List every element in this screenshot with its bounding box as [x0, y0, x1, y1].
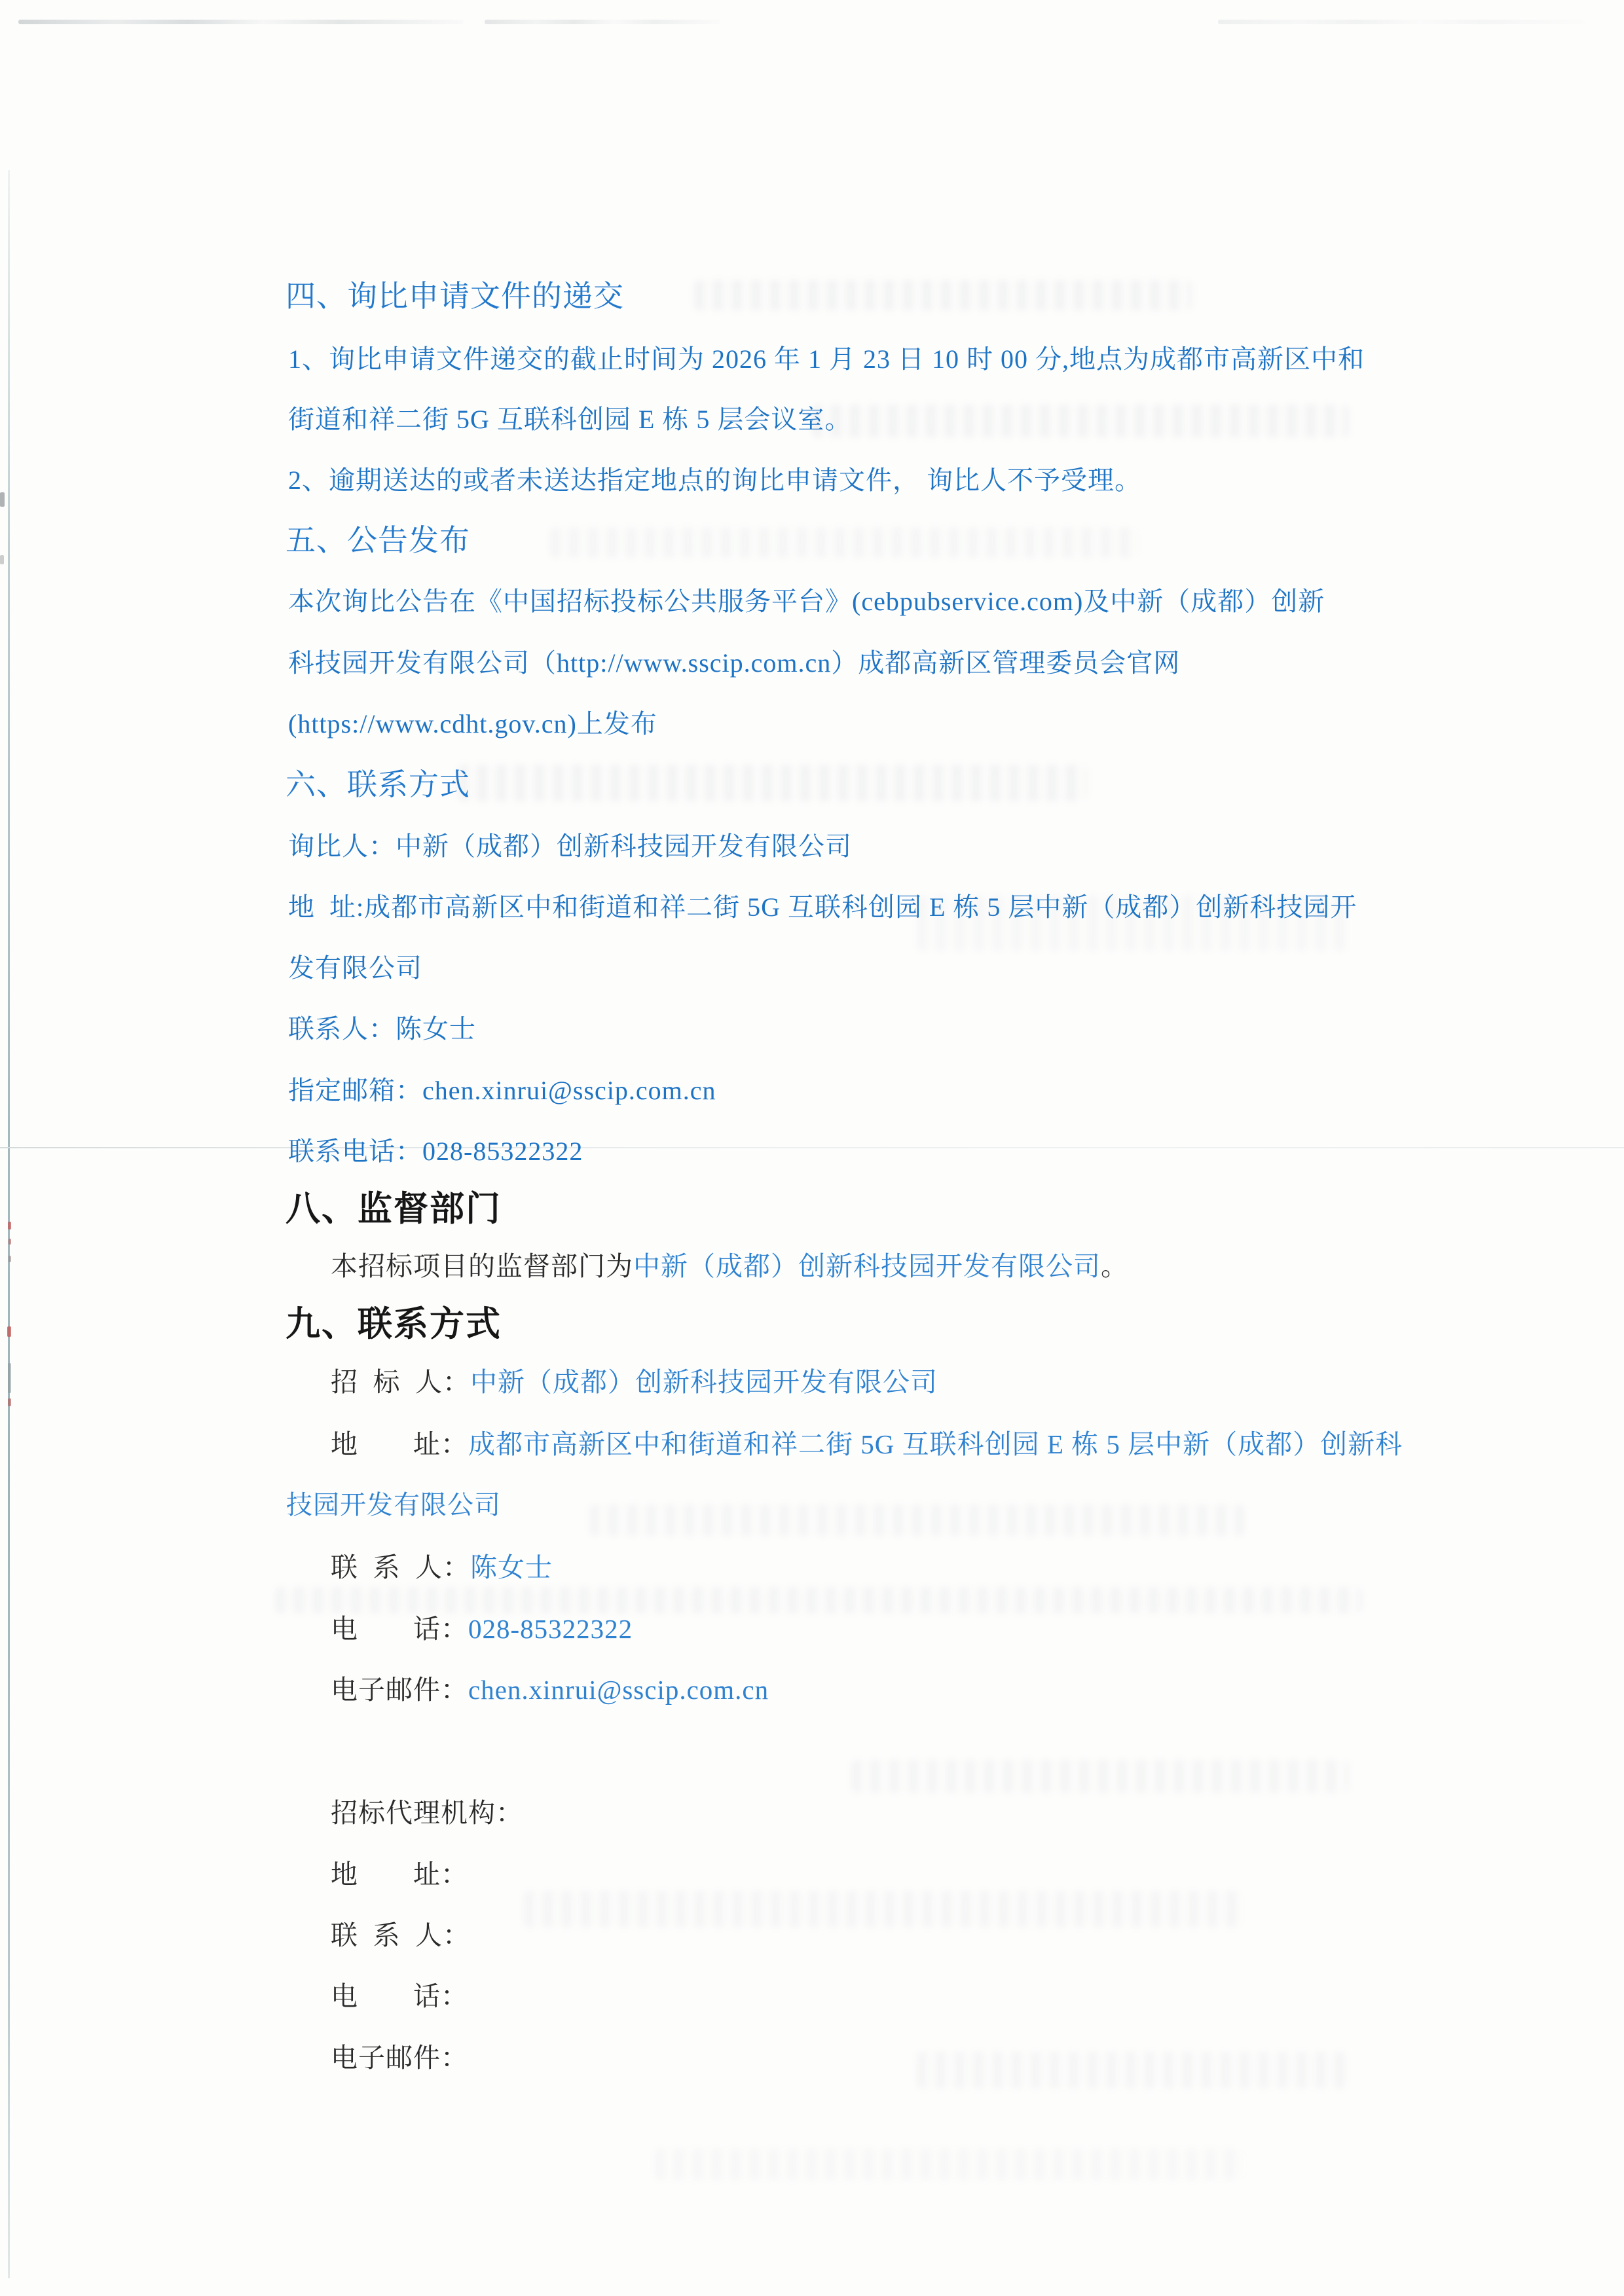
ink-speck	[9, 1239, 11, 1245]
bleed-through-artifact	[589, 1504, 1244, 1536]
ink-speck	[8, 1222, 11, 1230]
bleed-through-artifact	[458, 765, 1087, 801]
ink-speck	[7, 1326, 11, 1337]
address-label: 地 址：	[331, 1429, 468, 1459]
section9-email-row: 电子邮件：chen.xinrui@sscip.com.cn	[331, 1677, 769, 1704]
bleed-through-artifact	[917, 2052, 1349, 2088]
address-value: 成都市高新区中和街道和祥二街 5G 互联科创园 E 栋 5 层中新（成都）创新科	[468, 1429, 1403, 1459]
section9-phone-row: 电 话：028-85322322	[331, 1616, 633, 1643]
section4-item1-line1: 1、询比申请文件递交的截止时间为 2026 年 1 月 23 日 10 时 00…	[288, 346, 1365, 373]
section6-address-line1: 地 址:成都市高新区中和街道和祥二街 5G 互联科创园 E 栋 5 层中新（成都…	[288, 894, 1357, 920]
section8-body-prefix: 本招标项目的监督部门为	[331, 1251, 633, 1281]
section8-title: 八、监督部门	[286, 1192, 502, 1226]
section4-title: 四、询比申请文件的递交	[286, 282, 624, 312]
ink-speck	[8, 1363, 11, 1393]
ink-speck	[9, 1256, 11, 1262]
edge-smudge	[0, 555, 4, 564]
section4-item2: 2、逾期送达的或者未送达指定地点的询比申请文件， 询比人不予受理。	[288, 467, 1141, 494]
section4-item1-line2: 街道和祥二街 5G 互联科创园 E 栋 5 层会议室。	[288, 407, 851, 433]
ink-speck	[8, 1398, 11, 1406]
section5-title: 五、公告发布	[286, 526, 470, 556]
bleed-through-artifact	[694, 280, 1192, 310]
bleed-through-artifact	[275, 1587, 1362, 1613]
agency-address-row: 地 址：	[331, 1861, 468, 1888]
section6-inquirer: 询比人：中新（成都）创新科技园开发有限公司	[288, 833, 852, 860]
section6-phone: 联系电话：028-85322322	[288, 1139, 583, 1165]
agency-contact-row: 联 系 人：	[331, 1922, 470, 1949]
agency-org-row: 招标代理机构：	[331, 1800, 523, 1827]
section9-contact-row: 联 系 人：陈女士	[331, 1554, 553, 1581]
section8-body-company: 中新（成都）创新科技园开发有限公司	[633, 1251, 1101, 1281]
bleed-through-artifact	[812, 405, 1349, 437]
section9-address-wrap: 技园开发有限公司	[286, 1492, 501, 1518]
contact-value: 陈女士	[470, 1552, 553, 1582]
section8-body: 本招标项目的监督部门为中新（成都）创新科技园开发有限公司。	[331, 1253, 1128, 1280]
tenderer-label: 招 标 人：	[331, 1367, 470, 1397]
bleed-through-artifact	[851, 1760, 1349, 1793]
section9-address-row: 地 址：成都市高新区中和街道和祥二街 5G 互联科创园 E 栋 5 层中新（成都…	[331, 1431, 1403, 1458]
section9-tenderer-row: 招 标 人：中新（成都）创新科技园开发有限公司	[331, 1369, 938, 1396]
section6-address-line2: 发有限公司	[288, 955, 422, 981]
section5-line2: 科技园开发有限公司（http://www.sscip.com.cn）成都高新区管…	[288, 650, 1180, 676]
agency-email-row: 电子邮件：	[331, 2045, 468, 2071]
scanner-edge-streak	[485, 20, 720, 24]
section6-contact: 联系人：陈女士	[288, 1016, 476, 1042]
section8-body-suffix: 。	[1101, 1251, 1128, 1281]
tenderer-value: 中新（成都）创新科技园开发有限公司	[470, 1367, 938, 1397]
scanned-document-page: 四、询比申请文件的递交 1、询比申请文件递交的截止时间为 2026 年 1 月 …	[0, 0, 1624, 2296]
email-value: chen.xinrui@sscip.com.cn	[468, 1675, 769, 1705]
bleed-through-artifact	[550, 528, 1139, 558]
section9-title: 九、联系方式	[286, 1307, 502, 1341]
agency-phone-row: 电 话：	[331, 1983, 468, 2010]
edge-smudge	[0, 492, 5, 507]
email-label: 电子邮件：	[331, 1675, 468, 1705]
contact-label: 联 系 人：	[331, 1552, 470, 1582]
bleed-through-artifact	[524, 1891, 1244, 1927]
section6-title: 六、联系方式	[286, 770, 470, 800]
bleed-through-artifact	[655, 2149, 1244, 2180]
scanner-edge-streak	[1218, 20, 1585, 24]
section6-email: 指定邮箱：chen.xinrui@sscip.com.cn	[288, 1078, 716, 1104]
page-fold-line	[0, 1147, 1624, 1148]
phone-label: 电 话：	[331, 1614, 468, 1644]
scanner-edge-streak	[18, 20, 464, 24]
section5-line1: 本次询比公告在《中国招标投标公共服务平台》(cebpubservice.com)…	[288, 589, 1325, 615]
phone-value: 028-85322322	[468, 1614, 633, 1644]
section5-line3: (https://www.cdht.gov.cn)上发布	[288, 711, 657, 737]
